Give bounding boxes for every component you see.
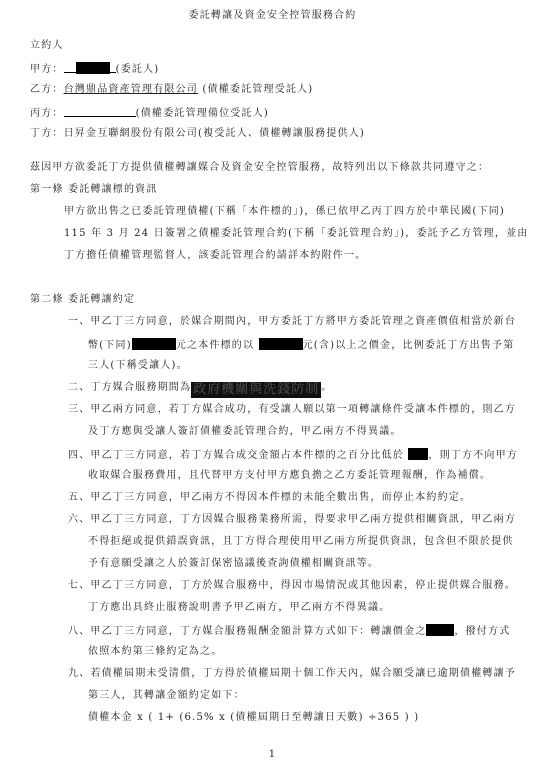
- party-b: 乙方：台灣鼎品資產管理有限公司 (債權委託管理受託人): [30, 84, 313, 96]
- article-1-line: 甲方欲出售之已委託管理債權(下稱「本件標的」)，係已依甲乙丙丁四方於中華民國(下…: [64, 206, 505, 218]
- redaction-block: [426, 624, 454, 636]
- article-1-line: 丁方擔任債權管理監督人，該委託管理合約請詳本約附件一。: [64, 250, 366, 262]
- clause-7-cont: 丁方應出具終止服務說明書予甲乙兩方，甲乙兩方不得異議。: [88, 602, 390, 614]
- party-d: 丁方：日昇金互聯網股份有限公司(複受託人、債權轉讓服務提供人): [30, 128, 365, 140]
- redaction-overlay: 政府機關與洗錢防制: [191, 382, 321, 398]
- clause-3: 三、甲乙兩方同意，若丁方媒合成功，有受讓人願以第一項轉讓條件受讓本件標的，則乙方: [68, 404, 516, 416]
- redaction-block: [76, 62, 110, 74]
- clause-8-cont: 依照本約第三條約定為之。: [88, 646, 222, 658]
- party-a: 甲方：(委託人): [30, 62, 159, 76]
- clause-5: 五、甲乙丁三方同意，甲乙兩方不得因本件標的未能全數出售，而停止本約約定。: [68, 492, 471, 504]
- clause-8: 八、甲乙丁三方同意，丁方媒合服務報酬金額計算方式如下：轉讓價金之，撥付方式: [68, 624, 510, 638]
- clause-1: 一、甲乙丁三方同意，於媒合期間內，甲方委託丁方將甲方委託管理之資產價值相當於新台: [68, 316, 516, 328]
- redaction-block: [408, 448, 428, 460]
- redaction-block: [259, 338, 303, 350]
- article-2-heading: 第二條 委託轉讓約定: [30, 294, 135, 306]
- clause-7: 七、甲乙丁三方同意，丁方於媒合服務中，得因市場情況或其他因素，停止提供媒合服務。: [68, 580, 516, 592]
- parties-label: 立約人: [30, 40, 64, 52]
- article-1-heading: 第一條 委託轉讓標的資訊: [30, 184, 158, 196]
- clause-1-cont: 三人(下稱受讓人)。: [88, 360, 188, 372]
- party-c: 丙方：(債權委託管理備位受託人): [30, 106, 269, 120]
- preamble: 茲因甲方欲委託丁方提供債權轉讓媒合及資金安全控管服務，故特列出以下條款共同遵守之…: [30, 162, 489, 174]
- redaction-block: [132, 338, 176, 350]
- clause-9-formula: 債權本金 x ( 1+ (6.5% x (債權屆期日至轉讓日天數) ÷365 )…: [88, 712, 419, 724]
- clause-2: 二、丁方媒合服務期間為政府機關與洗錢防制。: [68, 382, 332, 398]
- document-title: 委託轉讓及資金安全控管服務合約: [0, 10, 545, 22]
- clause-1-cont: 幣(下同)元之本件標的以 元(含)以上之價金，比例委託丁方出售予第: [88, 338, 514, 352]
- clause-6: 六、甲乙丁三方同意，丁方因媒合服務業務所需，得要求甲乙兩方提供相關資訊，甲乙兩方: [68, 514, 516, 526]
- article-1-line: 115 年 3 月 24 日簽署之債權委託管理合約(下稱「委託管理合約」)，委託…: [64, 228, 528, 240]
- clause-3-cont: 及丁方應與受讓人簽訂債權委託管理合約，甲乙兩方不得異議。: [88, 426, 402, 438]
- clause-9-cont: 第三人，其轉讓金額約定如下：: [88, 690, 245, 702]
- page-number: 1: [0, 749, 545, 761]
- clause-6-cont: 不得拒絕或提供錯誤資訊，且丁方得合理使用甲乙兩方所提供資訊，包含但不限於提供: [88, 536, 514, 548]
- clause-9: 九、若債權屆期未受清償，丁方得於債權屆期十個工作天內，媒合願受讓已逾期債權轉讓予: [68, 668, 516, 680]
- clause-4-cont: 收取媒合服務費用，且代替甲方支付甲方應負擔之乙方委託管理報酬，作為補償。: [88, 470, 491, 482]
- clause-6-cont: 予有意願受讓之人於簽訂保密協議後查詢債權相關資訊等。: [88, 558, 379, 570]
- clause-4: 四、甲乙丁三方同意，若丁方媒合成交金額占本件標的之百分比低於 ，則丁方不向甲方: [68, 448, 518, 462]
